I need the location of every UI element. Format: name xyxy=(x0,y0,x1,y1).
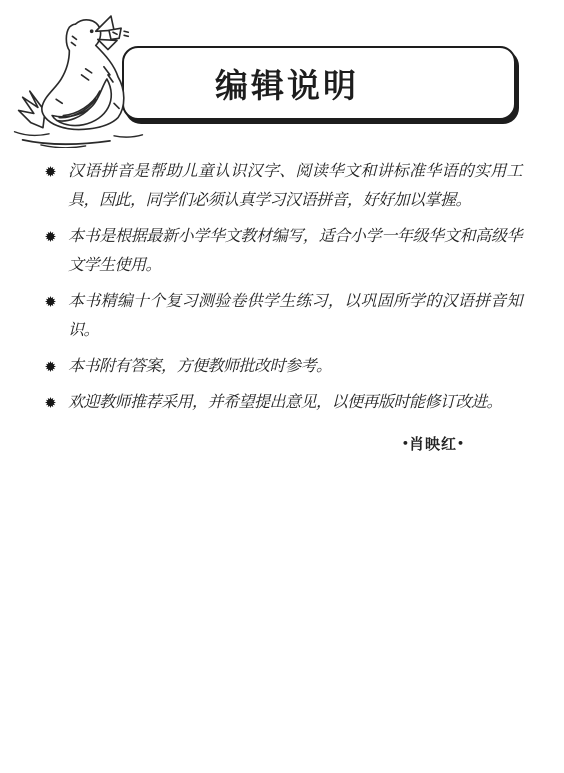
title-banner: 编辑说明 xyxy=(122,46,516,120)
star-bullet-icon xyxy=(45,352,68,372)
note-text: 汉语拼音是帮助儿童认识汉字、阅读华文和讲标准华语的实用工具，因此，同学们必须认真… xyxy=(68,157,522,215)
star-bullet-icon xyxy=(45,388,68,408)
star-bullet-icon xyxy=(45,157,68,177)
star-bullet-icon xyxy=(45,287,68,307)
signature-right-dot: • xyxy=(457,437,464,450)
notes-section: 汉语拼音是帮助儿童认识汉字、阅读华文和讲标准华语的实用工具，因此，同学们必须认真… xyxy=(45,157,522,454)
signature-left-dot: • xyxy=(402,437,409,450)
note-text: 本书是根据最新小学华文教材编写，适合小学一年级华文和高级华文学生使用。 xyxy=(68,222,522,280)
note-text: 本书附有答案，方便教师批改时参考。 xyxy=(68,352,522,381)
star-bullet-icon xyxy=(45,222,68,242)
author-name: 肖映红 xyxy=(409,435,457,453)
page-title: 编辑说明 xyxy=(215,60,359,107)
notes-list: 汉语拼音是帮助儿童认识汉字、阅读华文和讲标准华语的实用工具，因此，同学们必须认真… xyxy=(45,157,522,417)
page-header: 编辑说明 xyxy=(0,0,564,150)
book-page: 编辑说明 xyxy=(0,0,564,773)
list-item: 本书附有答案，方便教师批改时参考。 xyxy=(45,352,522,381)
author-signature: •肖映红• xyxy=(45,433,464,454)
duck-illustration-icon xyxy=(10,14,148,148)
list-item: 汉语拼音是帮助儿童认识汉字、阅读华文和讲标准华语的实用工具，因此，同学们必须认真… xyxy=(45,157,522,215)
list-item: 本书是根据最新小学华文教材编写，适合小学一年级华文和高级华文学生使用。 xyxy=(45,222,522,280)
note-text: 欢迎教师推荐采用，并希望提出意见，以便再版时能修订改进。 xyxy=(68,388,522,417)
list-item: 欢迎教师推荐采用，并希望提出意见，以便再版时能修订改进。 xyxy=(45,388,522,417)
list-item: 本书精编十个复习测验卷供学生练习，以巩固所学的汉语拼音知识。 xyxy=(45,287,522,345)
note-text: 本书精编十个复习测验卷供学生练习，以巩固所学的汉语拼音知识。 xyxy=(68,287,522,345)
